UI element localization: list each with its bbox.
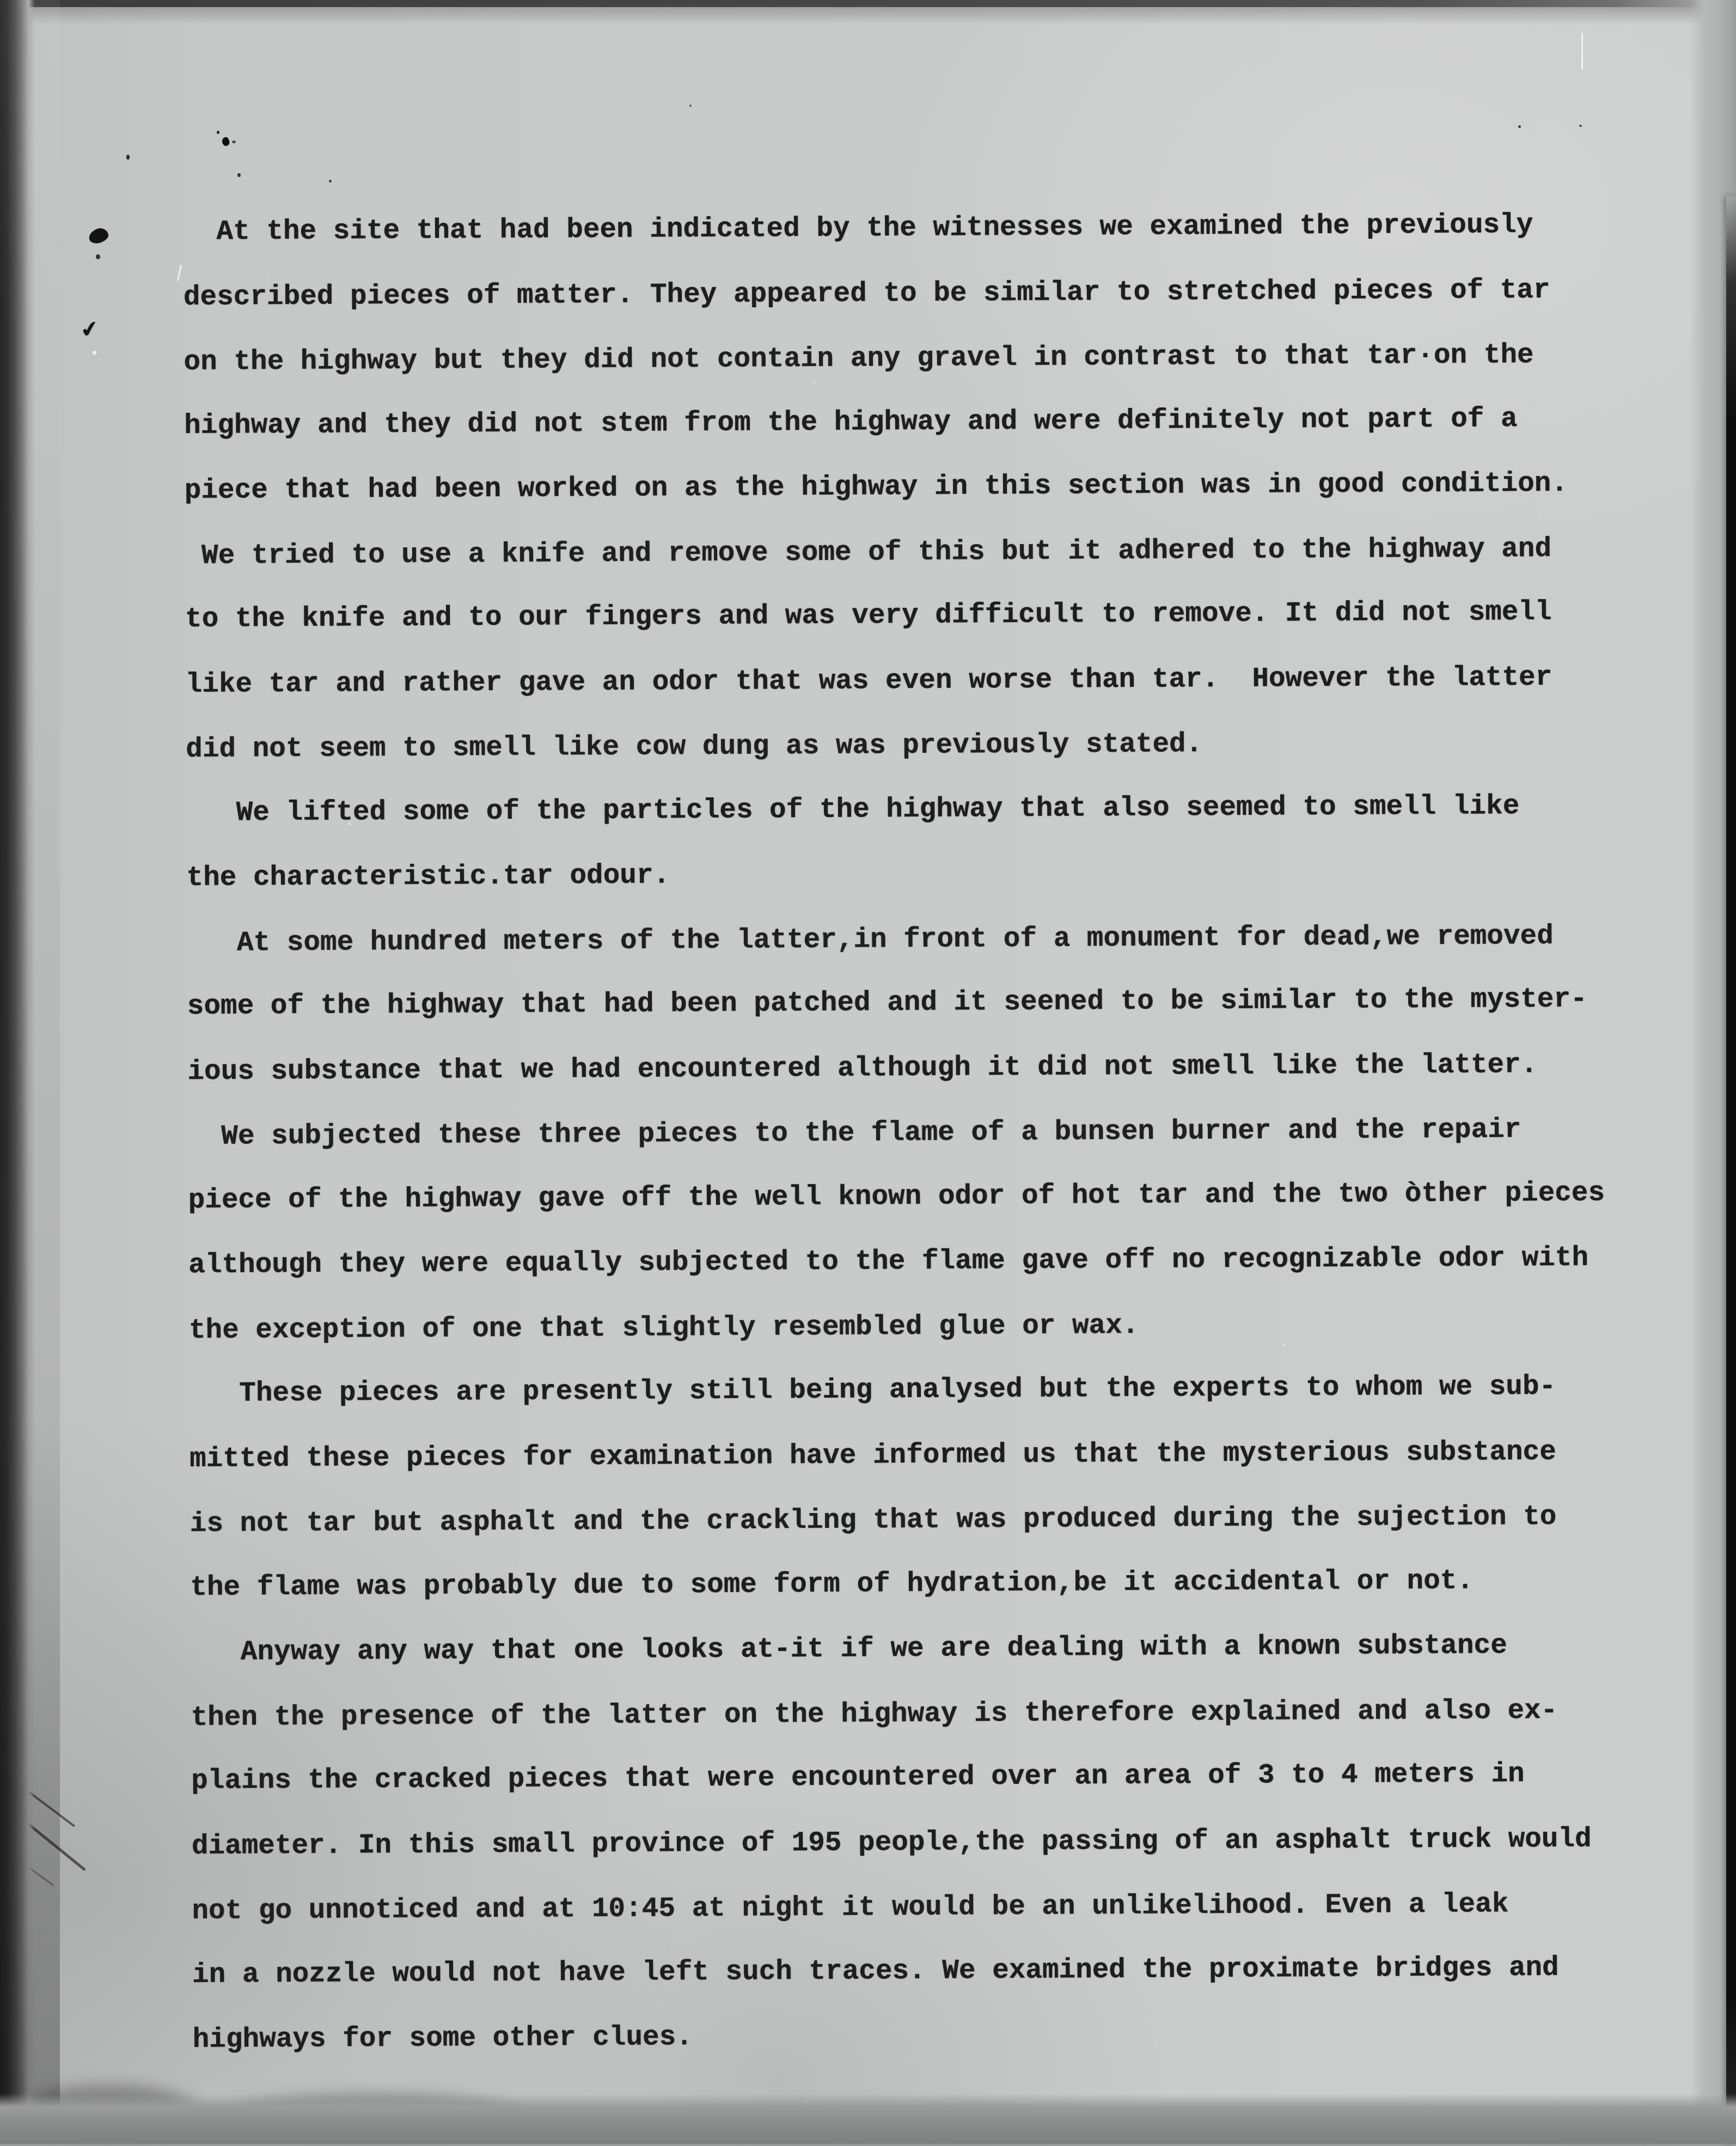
text-line: piece that had been worked on as the hig…	[184, 452, 1601, 523]
text-line: highways for some other clues.	[192, 2001, 1609, 2072]
ink-speck	[1579, 125, 1582, 127]
typewritten-text: At the site that had been indicated by t…	[183, 193, 1609, 2072]
text-line: highway and they did not stem from the h…	[184, 387, 1601, 459]
ink-speck	[96, 254, 100, 259]
scan-edge-top	[0, 0, 1736, 7]
ink-speck	[329, 180, 332, 182]
text-line: did not seem to smell like cow dung as w…	[186, 710, 1603, 782]
text-line: like tar and rather gave an odor that wa…	[185, 645, 1602, 717]
scan-edge-right-black-strip	[1726, 196, 1736, 2144]
ink-speck	[232, 141, 236, 143]
text-line: although they were equally subjected to …	[188, 1226, 1605, 1298]
text-line: Anyway any way that one looks at-it if w…	[191, 1613, 1607, 1685]
text-line: described pieces of matter. They appeare…	[184, 258, 1600, 330]
text-line: We lifted some of the particles of the h…	[186, 774, 1603, 846]
white-scratch	[1581, 33, 1583, 70]
ink-speck	[221, 136, 231, 147]
text-line: mitted these pieces for examination have…	[190, 1420, 1606, 1492]
ink-speck	[126, 155, 130, 160]
dust-speck	[1283, 1344, 1285, 1346]
text-line: the exception of one that slightly resem…	[189, 1291, 1606, 1363]
ink-speck	[689, 105, 692, 107]
scan-edge-left	[0, 0, 35, 2144]
text-line: not go unnoticed and at 10:45 at night i…	[192, 1872, 1609, 1944]
scan-edge-bottom	[0, 2094, 1736, 2144]
ink-speck	[237, 173, 241, 177]
text-line: to the knife and to our fingers and was …	[185, 580, 1602, 652]
text-line: We tried to use a knife and remove some …	[185, 517, 1601, 589]
check-mark: ✔	[78, 315, 101, 343]
dust-speck	[468, 1588, 470, 1591]
text-line: At some hundred meters of the latter,in …	[187, 904, 1604, 976]
scanned-document-page: At the site that had been indicated by t…	[0, 0, 1736, 2144]
text-line: is not tar but asphalt and the crackling…	[190, 1485, 1606, 1557]
text-line: These pieces are presently still being a…	[189, 1355, 1606, 1426]
ink-blot	[87, 226, 110, 246]
text-line: the characteristic.tar odour.	[186, 839, 1603, 911]
dust-speck	[93, 351, 96, 355]
ink-speck	[1518, 125, 1521, 128]
white-scratch	[177, 265, 182, 281]
ink-speck	[217, 131, 219, 134]
text-line: diameter. In this small province of 195 …	[192, 1807, 1609, 1879]
text-line: We subjected these three pieces to the f…	[188, 1098, 1605, 1169]
text-line: on the highway but they did not contain …	[184, 323, 1600, 395]
text-line: plains the cracked pieces that were enco…	[191, 1742, 1608, 1814]
dust-speck	[814, 381, 815, 383]
text-line: piece of the highway gave off the well k…	[188, 1161, 1605, 1233]
text-line: some of the highway that had been patche…	[187, 967, 1604, 1039]
text-line: At the site that had been indicated by t…	[183, 193, 1600, 265]
text-line: then the presence of the latter on the h…	[191, 1679, 1607, 1751]
text-line: in a nozzle would not have left such tra…	[192, 1936, 1609, 2008]
dust-speck	[349, 822, 351, 825]
text-line: ious substance that we had encountered a…	[187, 1033, 1604, 1105]
text-line: the flame was probably due to some form …	[190, 1548, 1607, 1620]
